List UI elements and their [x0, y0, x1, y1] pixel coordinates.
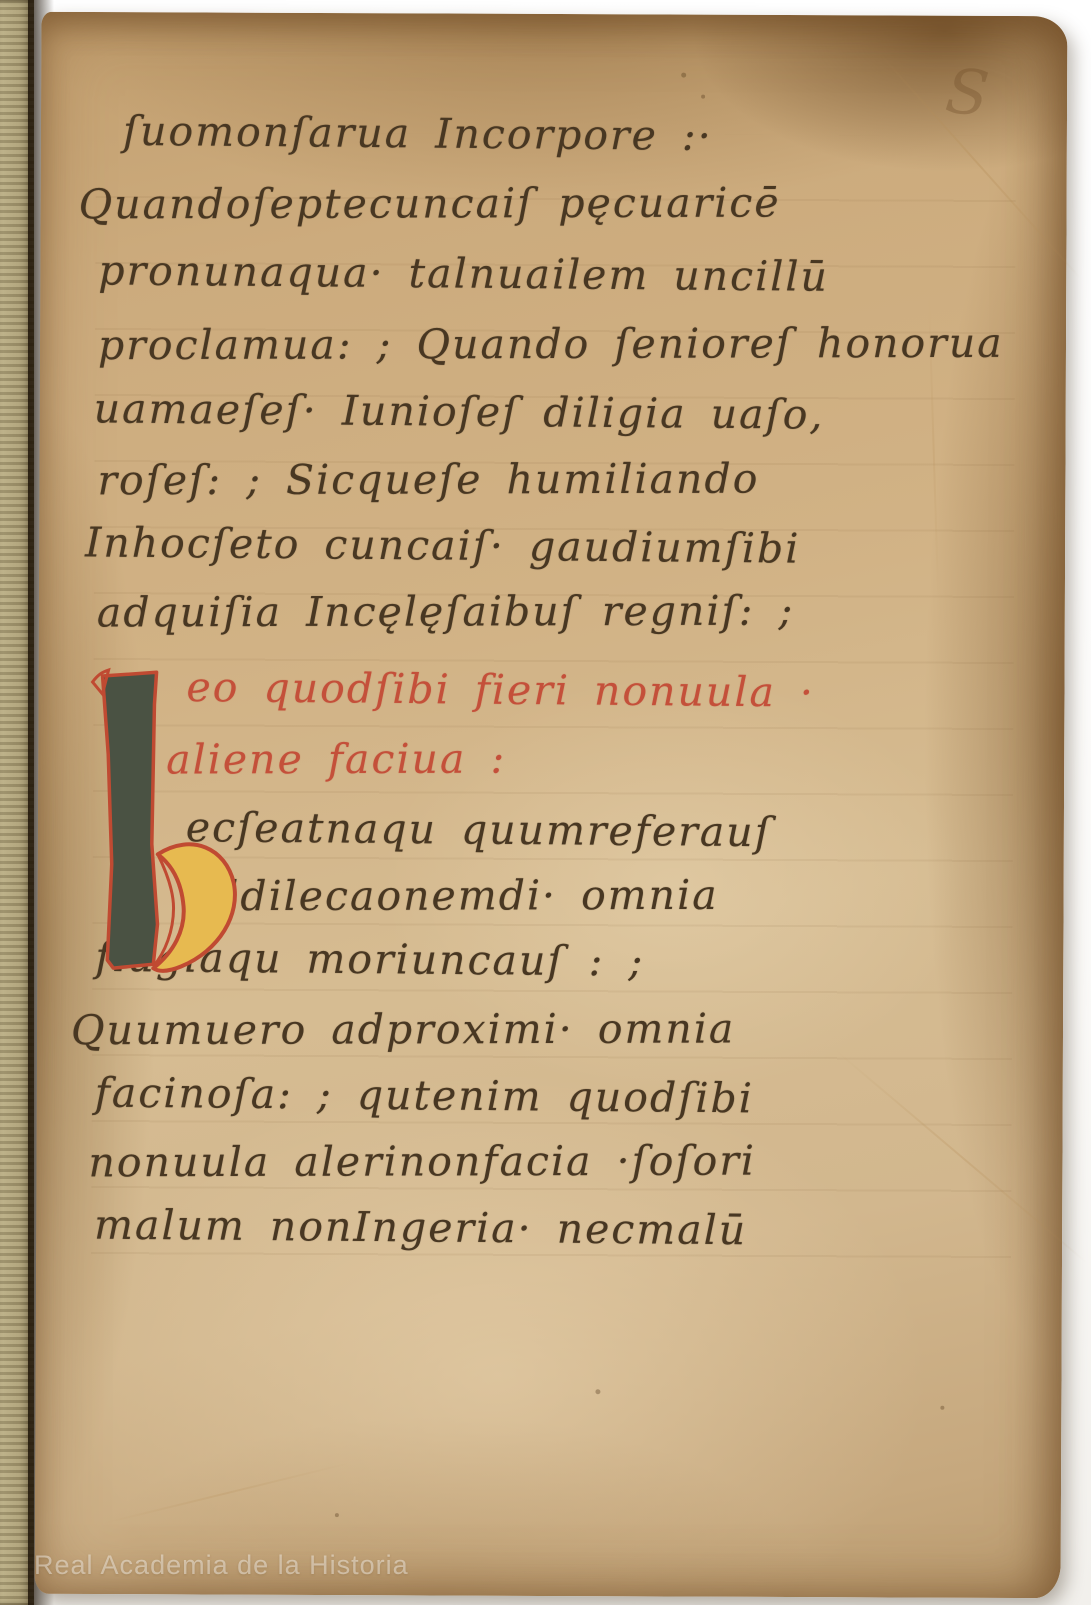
manuscript-line: roſeſ: ; Sicqueſe humiliando [97, 459, 759, 502]
manuscript-line: Quumuero adproximi· omnia [71, 1008, 735, 1051]
ink-spot [940, 1406, 944, 1410]
manuscript-line: ſuomonſarua Incorpore :· [123, 111, 713, 157]
manuscript-rubric-line: eo quodſibi fieri nonuula · [186, 667, 815, 713]
folio-corner-mark: S [942, 54, 992, 131]
manuscript-line: facinoſa: ; qutenim quodſibi [95, 1073, 754, 1120]
manuscript-line: pronunaqua· talnuailem uncillū [98, 250, 829, 297]
manuscript-line: addilecaonemdi· omnia [186, 875, 719, 917]
manuscript-line: ecſeatnaqu quumreferauſ [186, 807, 772, 853]
crease-mark [98, 1462, 351, 1526]
ink-spot [701, 95, 705, 99]
manuscript-line: malum nonIngeria· necmalū [94, 1205, 747, 1252]
parchment-page: S ſuomonſarua Incorpore :· Quandoſeptecu… [35, 12, 1068, 1598]
manuscript-line: Inhocſeto cuncaiſ· gaudiumſibi [85, 522, 801, 569]
manuscript-line: adquiſia Incęlęſaibuſ regniſ: ; [97, 591, 795, 634]
manuscript-line: proclamua: ; Quando ſenioreſ honorua [98, 323, 1004, 366]
manuscript-line: nonuula alerinonfacia ·ſoſori [88, 1141, 756, 1184]
manuscript-photo: S ſuomonſarua Incorpore :· Quandoſeptecu… [0, 0, 1091, 1605]
manuscript-line: uamaeſeſ· Iunioſeſ diligia uaſo, [94, 388, 825, 435]
ink-spot [681, 73, 686, 78]
ink-spot [335, 1513, 339, 1517]
initial-letter-h [87, 664, 253, 980]
library-watermark: Real Academia de la Historia [34, 1550, 594, 1581]
ink-spot [595, 1389, 600, 1394]
manuscript-line: Quandoſeptecuncaiſ pęcuaricē [79, 183, 781, 226]
